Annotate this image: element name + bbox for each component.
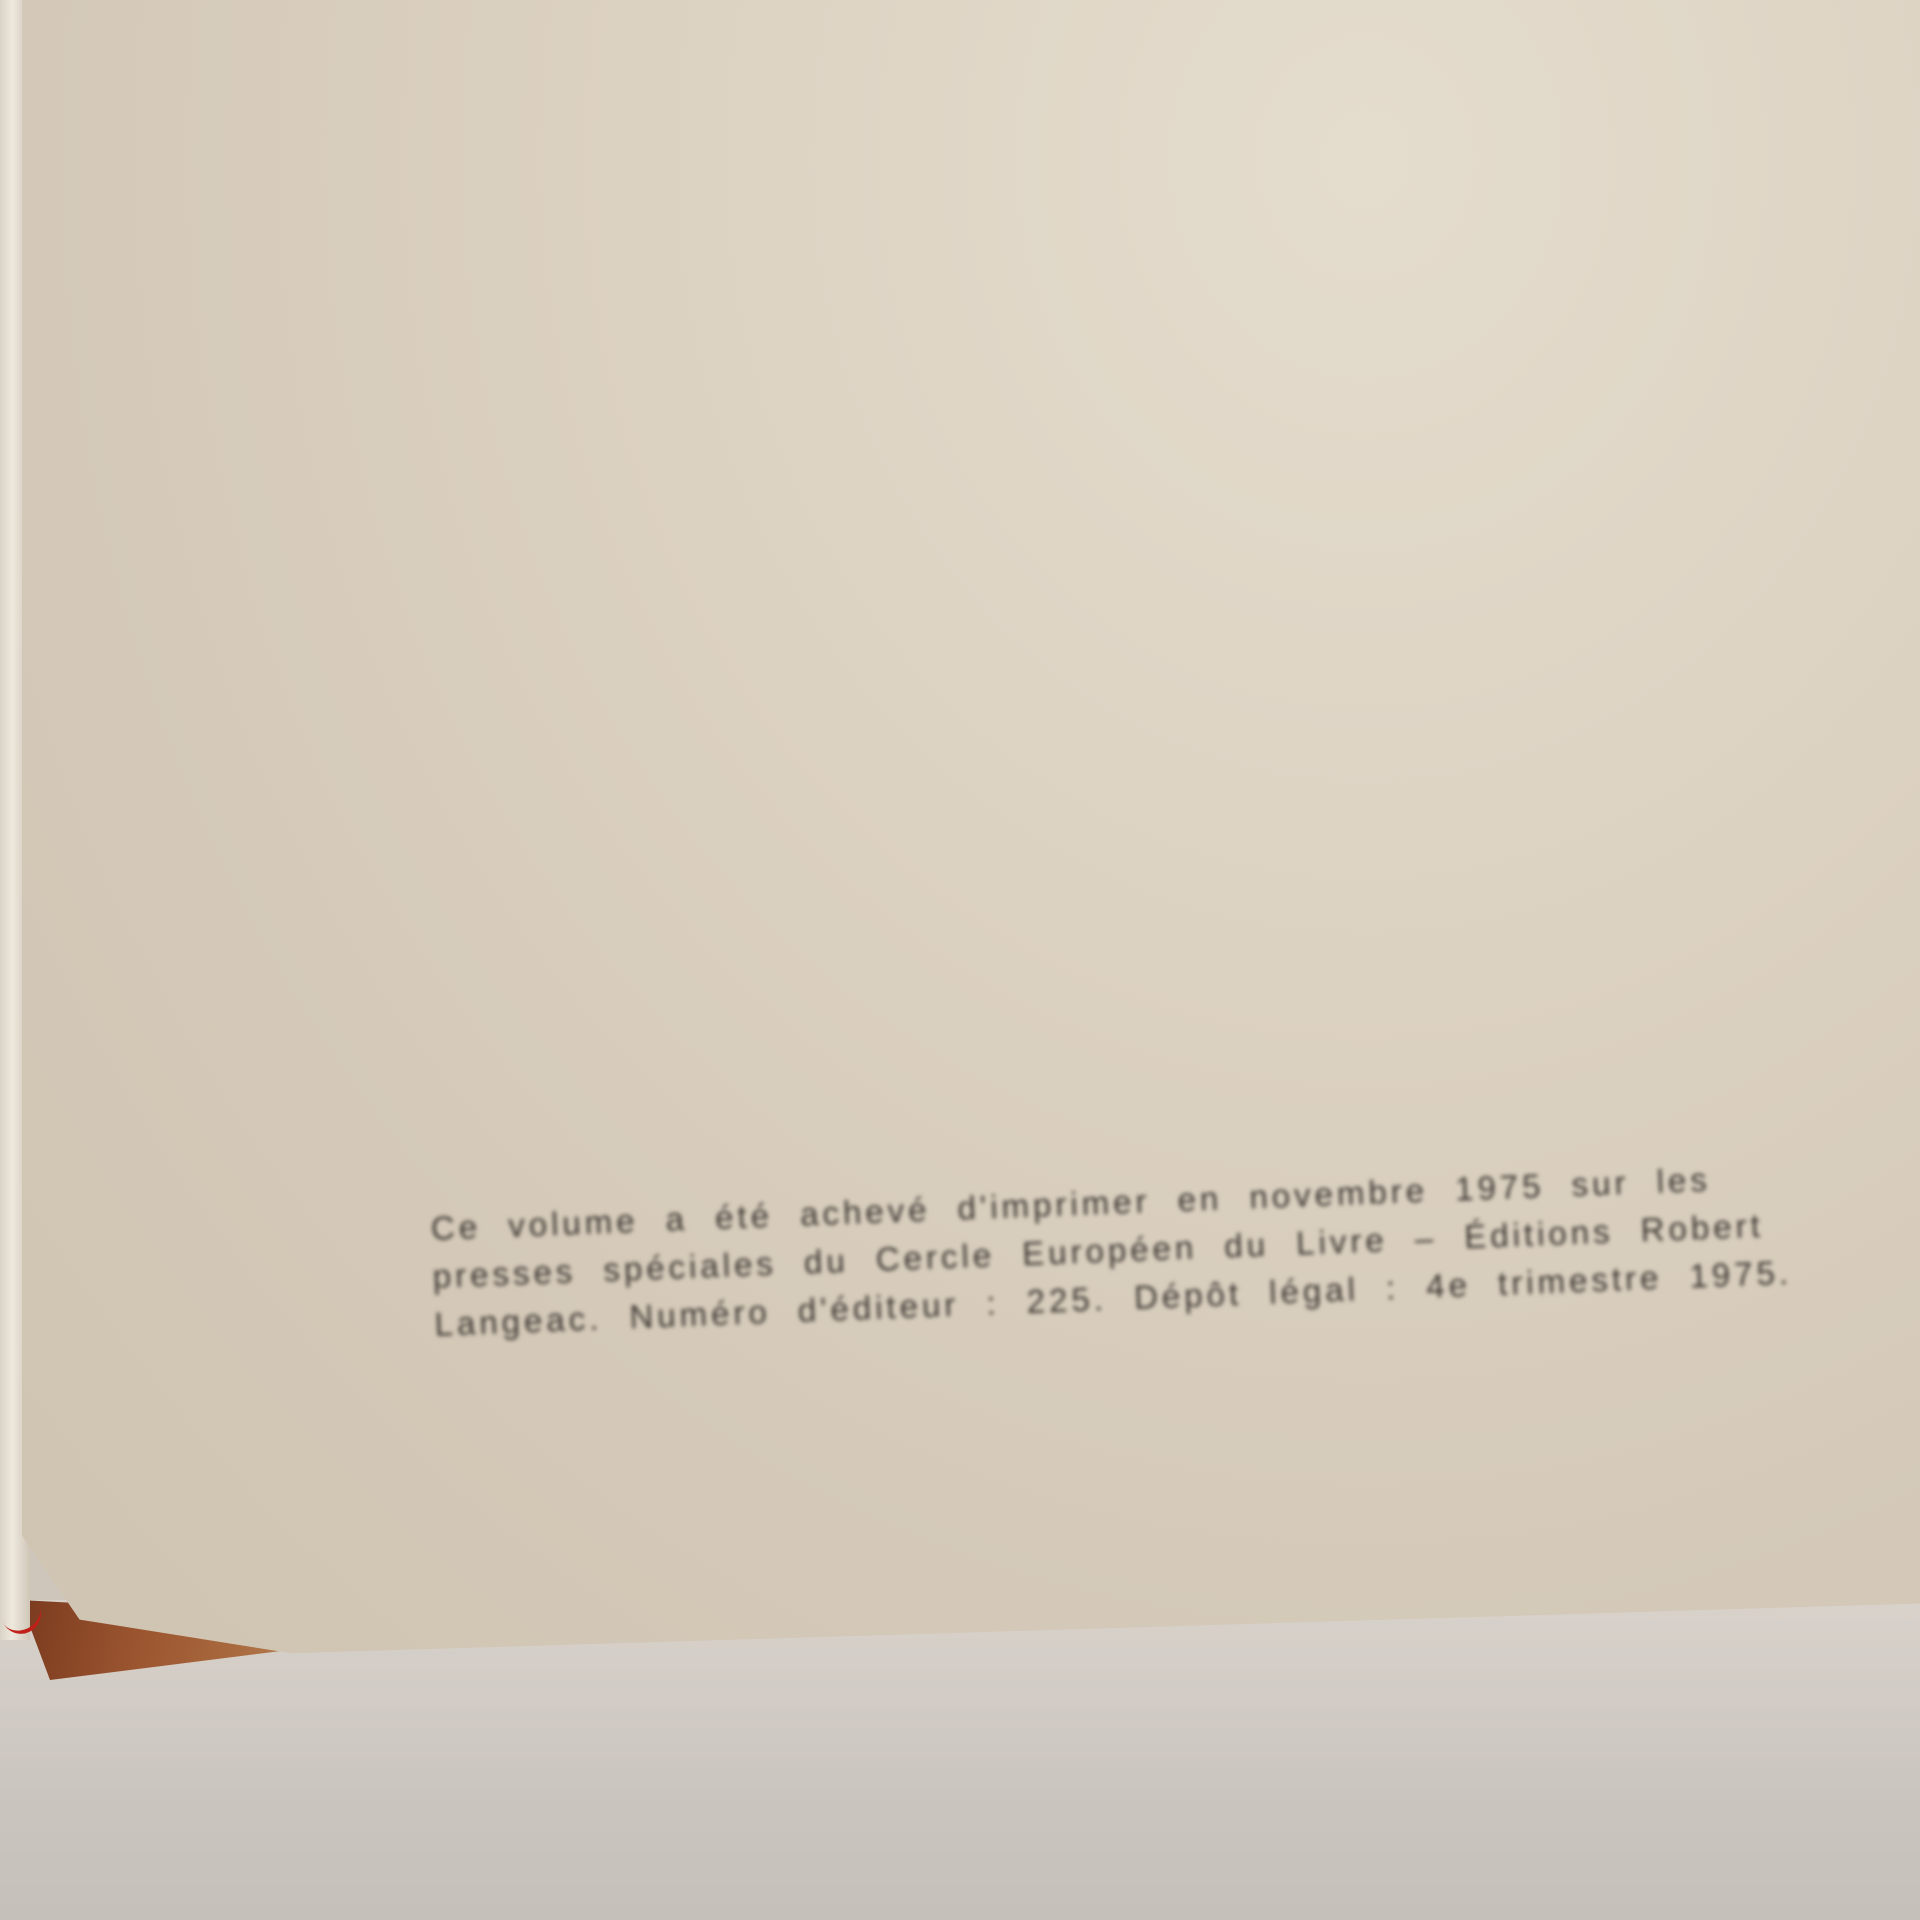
book-page [22, 0, 1920, 1670]
